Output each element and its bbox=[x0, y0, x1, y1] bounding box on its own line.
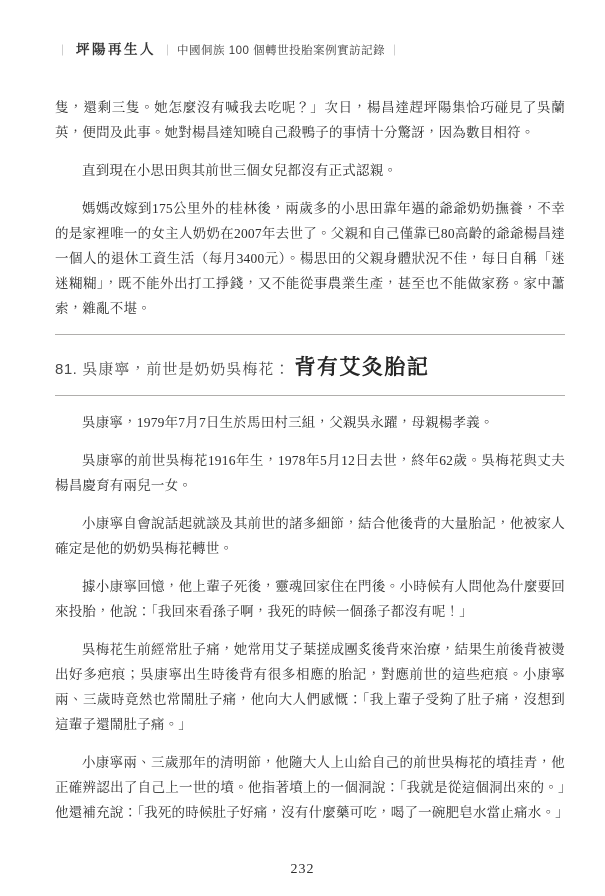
book-subtitle: 中國侗族 100 個轉世投胎案例實訪記錄 bbox=[177, 42, 385, 58]
page-body: 隻，還剩三隻。她怎麼沒有喊我去吃呢？」次日，楊昌達趕坪陽集恰巧碰見了吳蘭英，便問… bbox=[55, 95, 565, 825]
body-paragraph: 直到現在小思田與其前世三個女兒都沒有正式認親。 bbox=[55, 158, 565, 183]
section-title-emphasis: 背有艾灸胎記 bbox=[294, 351, 429, 381]
book-page: ｜ 坪陽再生人 ｜ 中國侗族 100 個轉世投胎案例實訪記錄 ｜ 隻，還剩三隻。… bbox=[0, 0, 605, 896]
header-separator-right: ｜ bbox=[387, 42, 402, 58]
page-content: ｜ 坪陽再生人 ｜ 中國侗族 100 個轉世投胎案例實訪記錄 ｜ 隻，還剩三隻。… bbox=[55, 38, 565, 838]
continued-paragraph: 隻，還剩三隻。她怎麼沒有喊我去吃呢？」次日，楊昌達趕坪陽集恰巧碰見了吳蘭英，便問… bbox=[55, 95, 565, 145]
page-number: 232 bbox=[291, 862, 315, 877]
body-paragraph: 吳康寧的前世吳梅花1916年生，1978年5月12日去世，終年62歲。吳梅花與丈… bbox=[55, 448, 565, 498]
running-header: ｜ 坪陽再生人 ｜ 中國侗族 100 個轉世投胎案例實訪記錄 ｜ bbox=[55, 38, 565, 56]
header-separator-middle: ｜ bbox=[160, 42, 175, 58]
section-number: 81. bbox=[55, 361, 77, 378]
series-title: 坪陽再生人 bbox=[76, 38, 156, 58]
body-paragraph: 媽媽改嫁到175公里外的桂林後，兩歲多的小思田靠年邁的爺爺奶奶撫養，不幸的是家裡… bbox=[55, 196, 565, 321]
section-body: 吳康寧，1979年7月7日生於馬田村三組，父親吳永躍，母親楊孝義。 吳康寧的前世… bbox=[55, 410, 565, 825]
body-paragraph: 小康寧自會說話起就談及其前世的諸多細節，結合他後背的大量胎記，他被家人確定是他的… bbox=[55, 511, 565, 561]
body-paragraph: 小康寧兩、三歲那年的清明節，他隨大人上山給自己的前世吳梅花的墳挂青，他正確辨認出… bbox=[55, 750, 565, 825]
header-separator-left: ｜ bbox=[55, 42, 70, 58]
section-heading: 81. 吳康寧，前世是奶奶吳梅花： 背有艾灸胎記 bbox=[55, 335, 565, 395]
section-divider-bottom bbox=[55, 395, 565, 396]
page-footer: 232 bbox=[0, 860, 605, 878]
section-title-lead: 吳康寧，前世是奶奶吳梅花： bbox=[82, 358, 290, 379]
body-paragraph: 據小康寧回憶，他上輩子死後，靈魂回家住在門後。小時候有人問他為什麼要回來投胎，他… bbox=[55, 574, 565, 624]
body-paragraph: 吳梅花生前經常肚子痛，她常用艾子葉搓成團炙後背來治療，結果生前後背被燙出好多疤痕… bbox=[55, 637, 565, 737]
body-paragraph: 吳康寧，1979年7月7日生於馬田村三組，父親吳永躍，母親楊孝義。 bbox=[55, 410, 565, 435]
